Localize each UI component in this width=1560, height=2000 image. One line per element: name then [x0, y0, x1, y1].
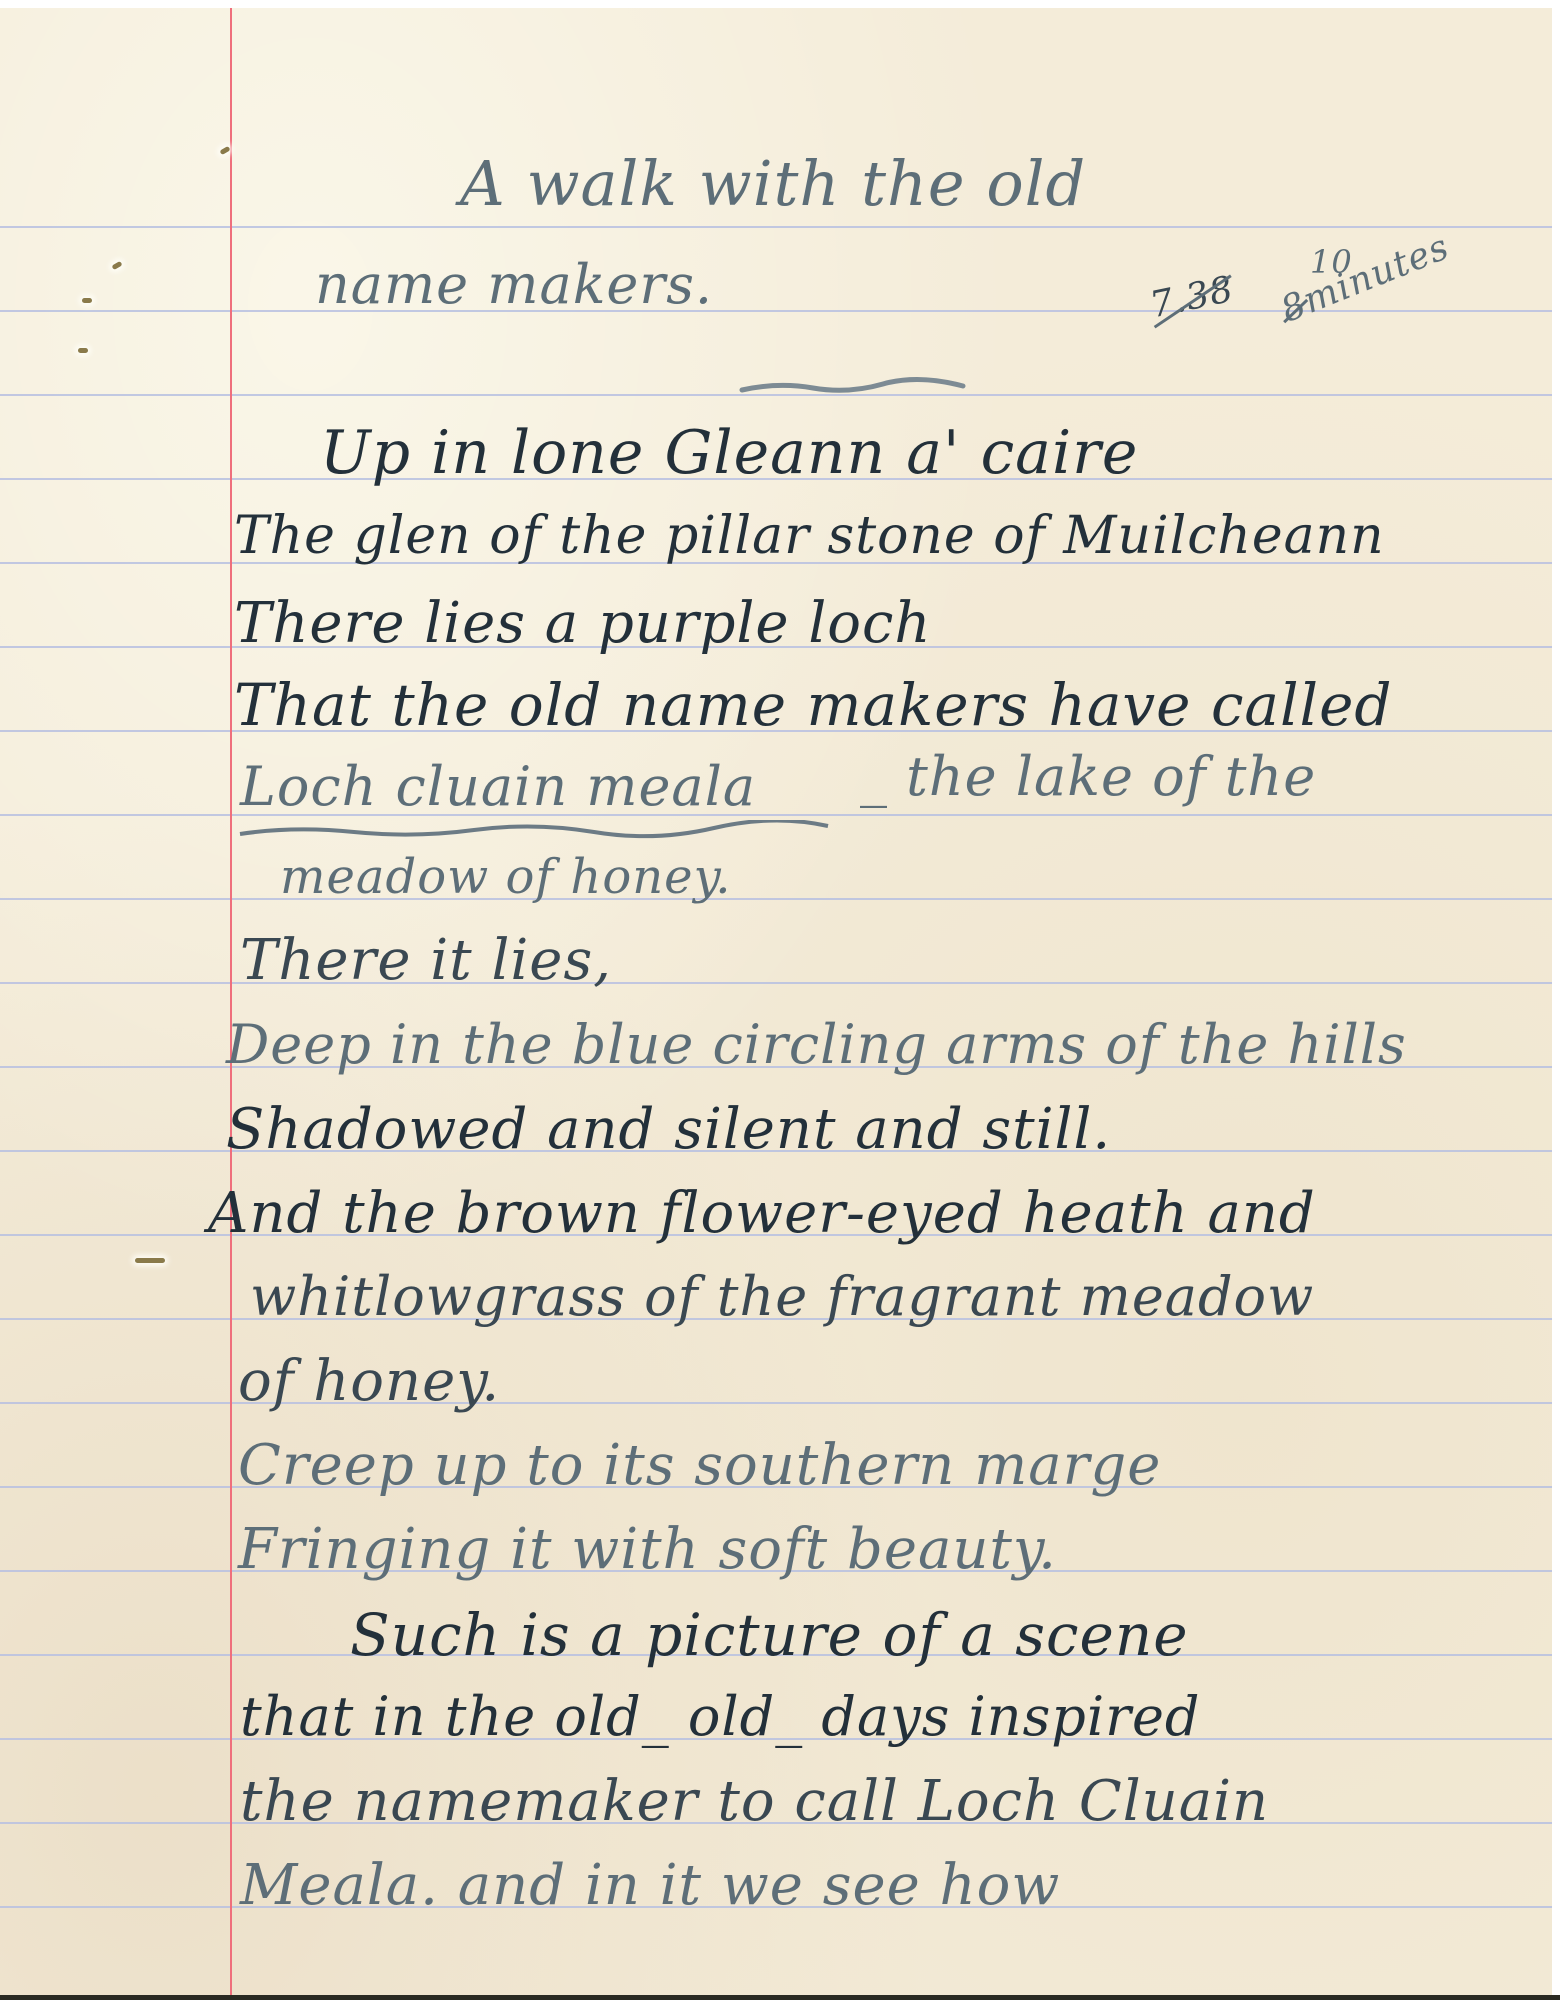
manuscript-line: There it lies,: [240, 933, 612, 989]
manuscript-line: meadow of honey.: [280, 853, 732, 901]
manuscript-line: whitlowgrass of the fragrant meadow: [250, 1270, 1314, 1324]
ruled-line: [0, 814, 1552, 816]
manuscript-line: Up in lone Gleann a' caire: [320, 423, 1138, 483]
manuscript-line: the namemaker to call Loch Cluain: [240, 1774, 1269, 1830]
manuscript-line: Deep in the blue circling arms of the hi…: [226, 1018, 1407, 1072]
title-line-2: name makers.: [315, 258, 713, 312]
red-margin-line: [230, 8, 232, 1995]
staple-hole-mark: [111, 261, 122, 270]
ruled-line: [0, 898, 1552, 900]
scan-bottom-edge: [0, 1995, 1560, 2000]
wavy-underline: [234, 820, 834, 842]
lined-paper-sheet: A walk with the old name makers. 7.38 10…: [0, 8, 1552, 1995]
struck-time: 7.38: [1147, 272, 1237, 325]
manuscript-line: The glen of the pillar stone of Muilchea…: [234, 510, 1385, 562]
manuscript-line-underlined-place-name: Loch cluain meala: [240, 760, 756, 814]
title-line-1: A walk with the old: [460, 153, 1086, 215]
ruled-line: [0, 226, 1552, 228]
wavy-divider: [738, 370, 968, 400]
staple-hole-mark: [219, 146, 230, 155]
staple-hole-mark: [78, 348, 88, 353]
manuscript-line: that in the old_ old_ days inspired: [240, 1690, 1200, 1744]
staple-hole-mark: [135, 1258, 165, 1263]
minutes-annotation: 8minutes: [1277, 229, 1455, 329]
manuscript-line: There lies a purple loch: [234, 596, 931, 652]
manuscript-line: And the brown flower-eyed heath and: [208, 1186, 1316, 1242]
manuscript-line: That the old name makers have called: [234, 676, 1393, 734]
time-annotation: 7.38: [1147, 272, 1237, 325]
ruled-line: [0, 982, 1552, 984]
manuscript-line: of honey.: [238, 1354, 500, 1410]
manuscript-line: _ the lake of the: [860, 750, 1316, 804]
ruled-line: [0, 1402, 1552, 1404]
manuscript-line: Meala. and in it we see how: [240, 1858, 1060, 1914]
manuscript-line: Such is a picture of a scene: [350, 1606, 1189, 1664]
manuscript-line: Fringing it with soft beauty.: [238, 1522, 1057, 1578]
manuscript-line: Shadowed and silent and still.: [226, 1102, 1111, 1158]
manuscript-line: Creep up to its southern marge: [238, 1438, 1161, 1494]
minutes-unit: minutes: [1298, 226, 1455, 321]
staple-hole-mark: [82, 298, 92, 303]
